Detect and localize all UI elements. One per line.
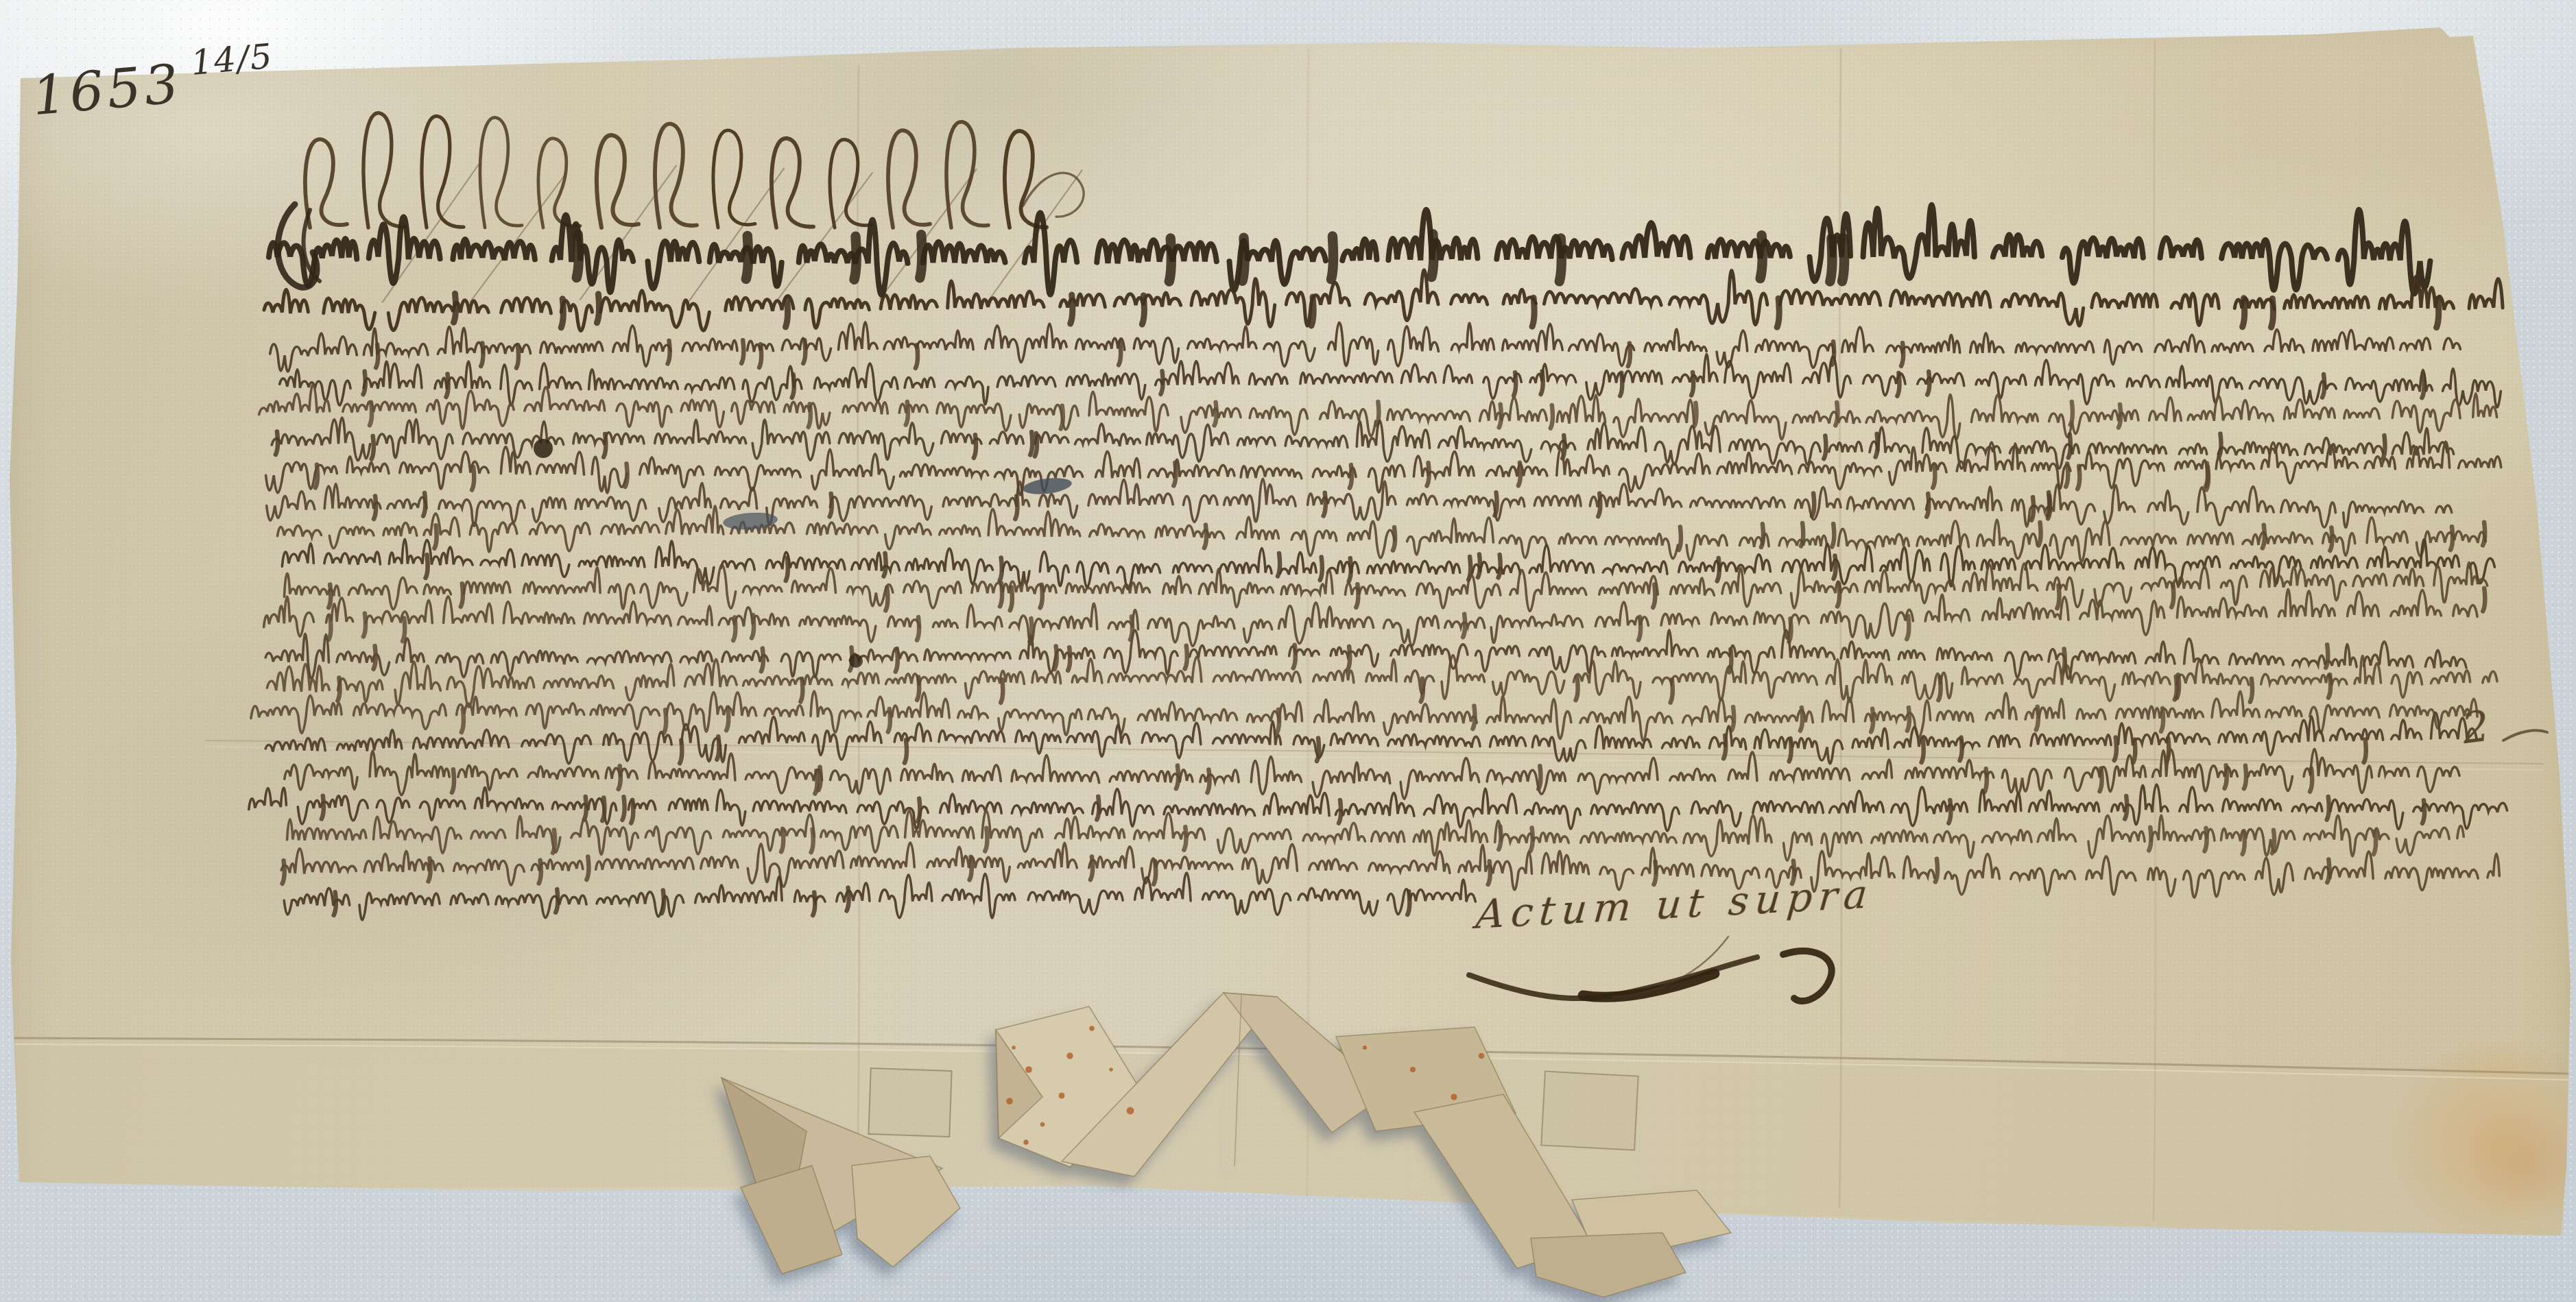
photo-surface: 165314/5 Actum ut supra 2 För Allom them…: [0, 0, 2576, 1302]
manuscript-ink-layer: [0, 0, 2576, 1302]
ink-blots: [534, 439, 1073, 668]
archival-day-month: 14/5: [189, 36, 275, 83]
archival-year: 1653: [29, 53, 184, 128]
marginal-mark: 2: [2459, 705, 2492, 750]
body-script: [249, 322, 2514, 920]
